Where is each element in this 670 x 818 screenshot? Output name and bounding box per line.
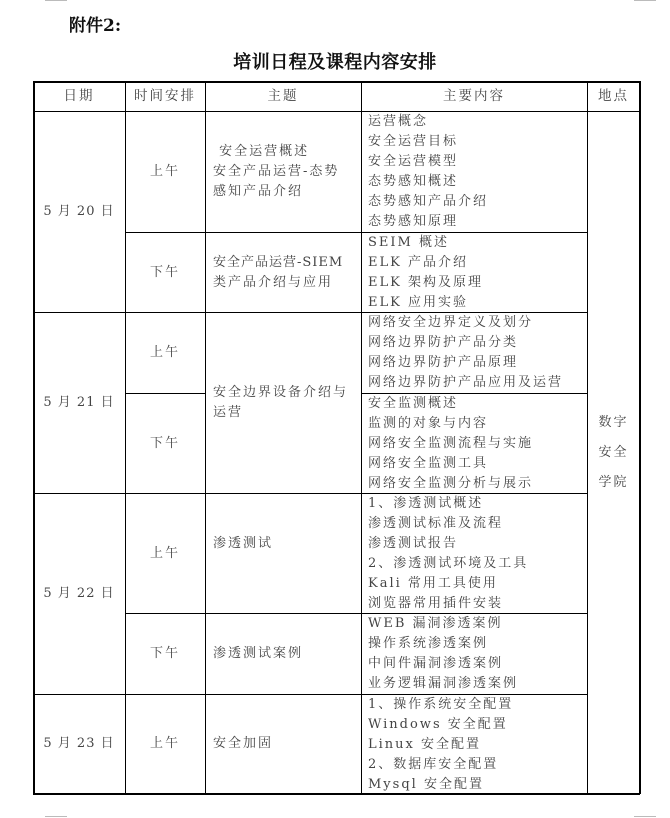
topic-line: 安全加固 <box>213 734 273 754</box>
content-cell: 网络安全边界定义及划分 网络边界防护产品分类 网络边界防护产品原理 网络边界防护… <box>361 313 587 393</box>
content-item: 网络安全监测工具 <box>368 454 587 474</box>
topic-line: 安全运营概述 <box>213 142 339 162</box>
schedule-table: 日期 时间安排 主题 主要内容 地点 5 月 20 日 上午 安全运营概述 安全… <box>33 81 640 794</box>
time-cell: 下午 <box>125 394 205 493</box>
content-item: 安全运营目标 <box>368 132 587 152</box>
header-venue: 地点 <box>587 81 640 111</box>
content-item: 2、数据库安全配置 <box>368 755 587 775</box>
content-cell: 运营概念 安全运营目标 安全运营模型 态势感知概述 态势感知产品介绍 态势感知原… <box>361 112 587 232</box>
venue-cell: 数字 安全 学院 <box>587 112 640 793</box>
date-cell: 5 月 21 日 <box>33 313 125 493</box>
header-topic: 主题 <box>205 81 361 111</box>
topic-cell: 安全产品运营-SIEM 类产品介绍与应用 <box>213 233 361 312</box>
topic-line: 渗透测试案例 <box>213 644 303 664</box>
document-title: 培训日程及课程内容安排 <box>0 48 670 74</box>
topic-line: 安全边界设备介绍与 <box>213 383 348 403</box>
content-item: 网络安全监测分析与展示 <box>368 474 587 494</box>
venue-line: 安全 <box>598 438 628 468</box>
col-line-2 <box>205 81 206 794</box>
content-item: 业务逻辑漏洞渗透案例 <box>368 674 587 694</box>
content-item: 网络边界防护产品应用及运营 <box>368 373 587 393</box>
content-item: 网络边界防护产品分类 <box>368 333 587 353</box>
content-item: Linux 安全配置 <box>368 735 587 755</box>
content-item: 操作系统渗透案例 <box>368 634 587 654</box>
content-item: Kali 常用工具使用 <box>368 574 587 594</box>
time-cell: 上午 <box>125 695 205 793</box>
crop-mark-top-left <box>45 0 67 1</box>
topic-cell: 安全加固 <box>213 695 361 793</box>
time-cell: 下午 <box>125 614 205 694</box>
content-item: Windows 安全配置 <box>368 715 587 735</box>
content-item: 2、渗透测试环境及工具 <box>368 554 587 574</box>
header-time: 时间安排 <box>125 81 205 111</box>
topic-line: 感知产品介绍 <box>213 182 339 202</box>
content-item: WEB 漏洞渗透案例 <box>368 614 587 634</box>
content-item: 中间件漏洞渗透案例 <box>368 654 587 674</box>
content-item: ELK 架构及原理 <box>368 273 587 293</box>
crop-mark-bottom-right <box>634 816 656 817</box>
content-item: 渗透测试标准及流程 <box>368 514 587 534</box>
content-item: ELK 产品介绍 <box>368 253 587 273</box>
venue-line: 学院 <box>598 468 628 498</box>
content-cell: SEIM 概述 ELK 产品介绍 ELK 架构及原理 ELK 应用实验 <box>361 233 587 312</box>
content-item: 浏览器常用插件安装 <box>368 594 587 614</box>
time-cell: 上午 <box>125 112 205 232</box>
content-item: 网络安全边界定义及划分 <box>368 313 587 333</box>
topic-cell: 渗透测试 <box>213 494 361 594</box>
content-item: 运营概念 <box>368 112 587 132</box>
content-item: SEIM 概述 <box>368 233 587 253</box>
topic-cell: 安全运营概述 安全产品运营-态势 感知产品介绍 <box>213 112 361 232</box>
content-item: 安全运营模型 <box>368 152 587 172</box>
content-item: 监测的对象与内容 <box>368 414 587 434</box>
header-content: 主要内容 <box>361 81 587 111</box>
topic-line: 类产品介绍与应用 <box>213 273 343 293</box>
content-item: 1、渗透测试概述 <box>368 494 587 514</box>
time-cell: 上午 <box>125 313 205 393</box>
crop-mark-bottom-left <box>45 816 67 817</box>
content-item: ELK 应用实验 <box>368 293 587 313</box>
date-cell: 5 月 20 日 <box>33 112 125 312</box>
attachment-label: 附件2: <box>69 11 121 36</box>
topic-line: 安全产品运营-SIEM <box>213 253 343 273</box>
content-cell: 1、操作系统安全配置 Windows 安全配置 Linux 安全配置 2、数据库… <box>361 695 587 793</box>
content-item: 网络边界防护产品原理 <box>368 353 587 373</box>
content-item: 渗透测试报告 <box>368 534 587 554</box>
time-cell: 上午 <box>125 494 205 613</box>
time-cell: 下午 <box>125 233 205 312</box>
topic-line: 安全产品运营-态势 <box>213 162 339 182</box>
content-cell: WEB 漏洞渗透案例 操作系统渗透案例 中间件漏洞渗透案例 业务逻辑漏洞渗透案例 <box>361 614 587 694</box>
content-item: 态势感知概述 <box>368 172 587 192</box>
topic-cell: 渗透测试案例 <box>213 614 361 694</box>
content-item: Mysql 安全配置 <box>368 775 587 795</box>
crop-mark-top-right <box>634 0 656 1</box>
content-item: 态势感知产品介绍 <box>368 192 587 212</box>
content-item: 网络安全监测流程与实施 <box>368 434 587 454</box>
content-cell: 安全监测概述 监测的对象与内容 网络安全监测流程与实施 网络安全监测工具 网络安… <box>361 394 587 493</box>
topic-line: 渗透测试 <box>213 534 273 554</box>
content-item: 安全监测概述 <box>368 394 587 414</box>
date-cell: 5 月 22 日 <box>33 494 125 694</box>
topic-line: 运营 <box>213 403 348 423</box>
content-item: 1、操作系统安全配置 <box>368 695 587 715</box>
date-cell: 5 月 23 日 <box>33 695 125 793</box>
content-item: 态势感知原理 <box>368 212 587 232</box>
header-date: 日期 <box>33 81 125 111</box>
topic-cell: 安全边界设备介绍与 运营 <box>213 313 361 493</box>
content-cell: 1、渗透测试概述 渗透测试标准及流程 渗透测试报告 2、渗透测试环境及工具 Ka… <box>361 494 587 613</box>
venue-line: 数字 <box>598 408 628 438</box>
